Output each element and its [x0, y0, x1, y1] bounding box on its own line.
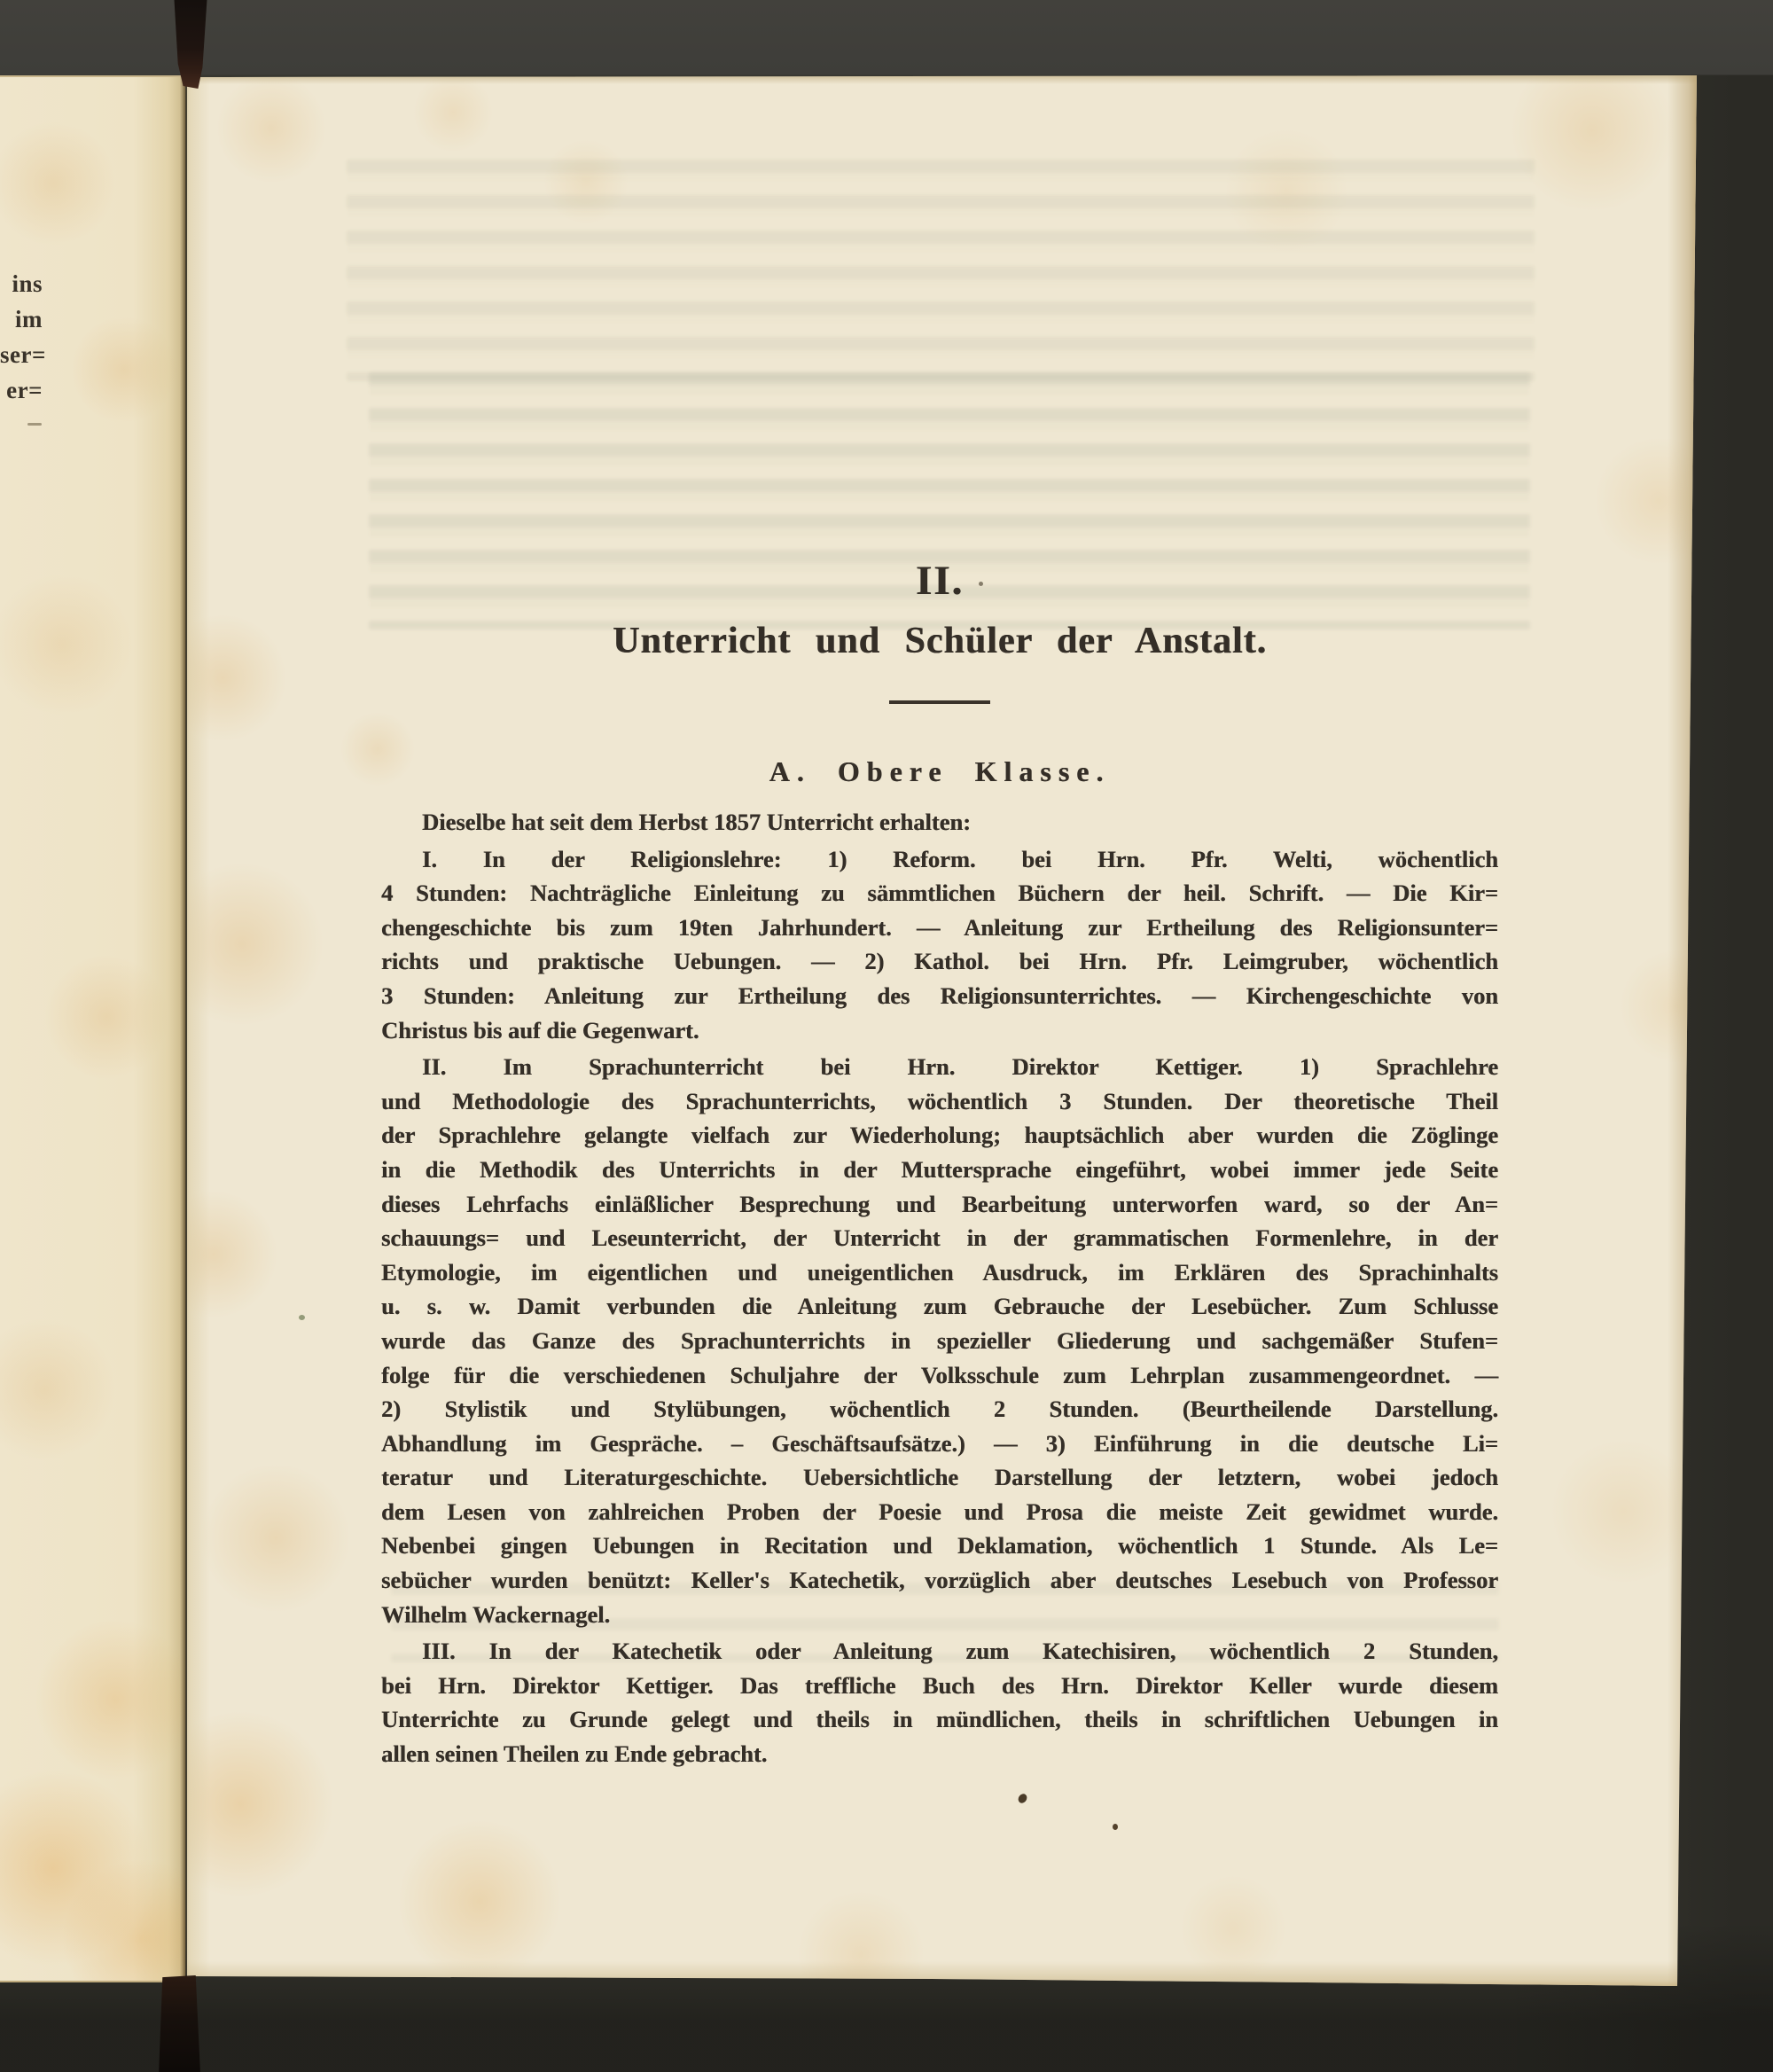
text-line: in die Methodik des Unterrichts in der M… [381, 1153, 1498, 1187]
text-line: Unterrichte zu Grunde gelegt und theils … [381, 1702, 1498, 1737]
text-line: Abhandlung im Gespräche. – Geschäftsaufs… [381, 1427, 1498, 1461]
ink-speck [299, 1315, 305, 1320]
facing-page-fragment: ser= [0, 337, 43, 372]
facing-page-fragment: ins [0, 266, 43, 301]
text-line: Etymologie, im eigentlichen und uneigent… [381, 1255, 1498, 1290]
text-line: II. Im Sprachunterricht bei Hrn. Direkto… [381, 1050, 1498, 1084]
text-line: u. s. w. Damit verbunden die Anleitung z… [381, 1289, 1498, 1324]
text-line: richts und praktische Uebungen. — 2) Kat… [381, 944, 1498, 979]
text-line: III. In der Katechetik oder Anleitung zu… [381, 1634, 1498, 1669]
facing-page-text-fragments: insimser=er= [0, 266, 43, 408]
text-line: Christus bis auf die Gegenwart. [381, 1013, 1498, 1048]
book-gutter-crease [180, 75, 189, 1979]
body-text: Dieselbe hat seit dem Herbst 1857 Unterr… [381, 805, 1498, 1771]
paragraph-sprachunterricht: II. Im Sprachunterricht bei Hrn. Direkto… [381, 1050, 1498, 1631]
section-heading: A. Obere Klasse. [381, 755, 1498, 788]
paragraph-religionslehre: I. In der Religionslehre: 1) Reform. bei… [381, 842, 1498, 1048]
text-line: 3 Stunden: Anleitung zur Ertheilung des … [381, 979, 1498, 1013]
intro-paragraph: Dieselbe hat seit dem Herbst 1857 Unterr… [381, 805, 1498, 840]
text-line: 2) Stylistik und Stylübungen, wöchentlic… [381, 1392, 1498, 1427]
text-line: bei Hrn. Direktor Kettiger. Das trefflic… [381, 1669, 1498, 1703]
ink-speck [1017, 1792, 1029, 1804]
text-line: folge für die verschiedenen Schuljahre d… [381, 1358, 1498, 1393]
text-line: I. In der Religionslehre: 1) Reform. bei… [381, 842, 1498, 877]
text-line: wurde das Ganze des Sprachunterrichts in… [381, 1324, 1498, 1358]
text-line: und Methodologie des Sprachunterrichts, … [381, 1084, 1498, 1119]
paragraph-katechetik: III. In der Katechetik oder Anleitung zu… [381, 1634, 1498, 1771]
chapter-title: Unterricht und Schüler der Anstalt. [381, 620, 1498, 662]
ink-bleedthrough-region [347, 160, 1535, 381]
text-line: Wilhelm Wackernagel. [381, 1598, 1498, 1632]
facing-page-edge: insimser=er= [0, 75, 185, 1982]
text-line: Dieselbe hat seit dem Herbst 1857 Unterr… [381, 805, 1498, 840]
scanned-book-spread: insimser=er= II. Unterricht und Schüler … [0, 0, 1773, 2072]
text-line: sebücher wurden benützt: Keller's Katech… [381, 1563, 1498, 1598]
section-divider-rule [889, 700, 990, 704]
facing-page-fragment: im [0, 301, 43, 337]
text-line: 4 Stunden: Nachträgliche Einleitung zu s… [381, 876, 1498, 911]
bookmark-ribbon-bottom [156, 1975, 202, 2072]
text-line: schauungs= und Leseunterricht, der Unter… [381, 1221, 1498, 1255]
text-line: allen seinen Theilen zu Ende gebracht. [381, 1737, 1498, 1771]
facing-page-dash-mark [27, 423, 42, 426]
text-line: chengeschichte bis zum 19ten Jahrhundert… [381, 911, 1498, 945]
chapter-number: II. [381, 557, 1498, 605]
book-page: II. Unterricht und Schüler der Anstalt. … [187, 75, 1698, 1988]
text-line: dem Lesen von zahlreichen Proben der Poe… [381, 1495, 1498, 1529]
facing-page-fragment: er= [0, 372, 43, 408]
ink-speck [1113, 1824, 1118, 1830]
text-line: Nebenbei gingen Uebungen in Recitation u… [381, 1529, 1498, 1563]
text-line: dieses Lehrfachs einläßlicher Besprechun… [381, 1187, 1498, 1222]
text-line: der Sprachlehre gelangte vielfach zur Wi… [381, 1118, 1498, 1153]
text-line: teratur und Literaturgeschichte. Uebersi… [381, 1460, 1498, 1495]
